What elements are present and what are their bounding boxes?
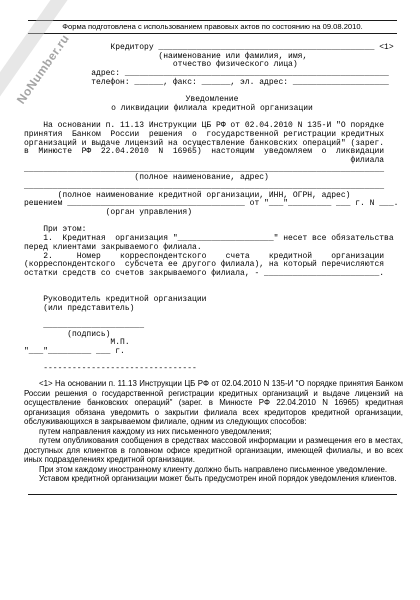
bottom-rule	[28, 494, 397, 495]
signature-line-1: (или представитель)	[24, 305, 400, 314]
footnote-paragraph-1: путем направления каждому из них письмен…	[24, 427, 403, 437]
footnote-paragraph-0: <1> На основании п. 11.13 Инструкции ЦБ …	[24, 379, 403, 427]
document-subtitle: о ликвидации филиала кредитной организац…	[24, 105, 400, 114]
addressee-block: Кредитору ______________________________…	[24, 44, 400, 87]
footnote-paragraph-2: путем опубликования сообщения в средства…	[24, 436, 403, 465]
footnote-separator-block: --------------------------------	[24, 365, 400, 374]
footnote: <1> На основании п. 11.13 Инструкции ЦБ …	[24, 379, 403, 484]
body-block: На основании п. 11.13 Инструкции ЦБ РФ о…	[24, 122, 400, 218]
addressee-line-4: телефон: ______, факс: ______, эл. адрес…	[24, 79, 400, 88]
clauses-block: При этом: 1. Кредитная организация "____…	[24, 226, 400, 278]
signature-line-6: "___"_________ ___ г.	[24, 348, 400, 357]
footnote-paragraph-3: При этом каждому иностранному клиенту до…	[24, 465, 403, 475]
footnote-paragraph-4: Уставом кредитной организации может быть…	[24, 474, 403, 484]
document-page: NoNumber.ru Форма подготовлена с использ…	[0, 0, 420, 600]
form-document: Кредитору ______________________________…	[24, 44, 400, 374]
body-line-10: (орган управления)	[24, 209, 400, 218]
signature-block: Руководитель кредитной организации (или …	[24, 296, 400, 357]
footnote-separator: --------------------------------	[24, 365, 400, 374]
header-note: Форма подготовлена с использованием прав…	[28, 20, 397, 34]
document-heading: Уведомление о ликвидации филиала кредитн…	[24, 96, 400, 113]
clause-line-5: остатки средств со счетов закрываемого ф…	[24, 270, 400, 279]
